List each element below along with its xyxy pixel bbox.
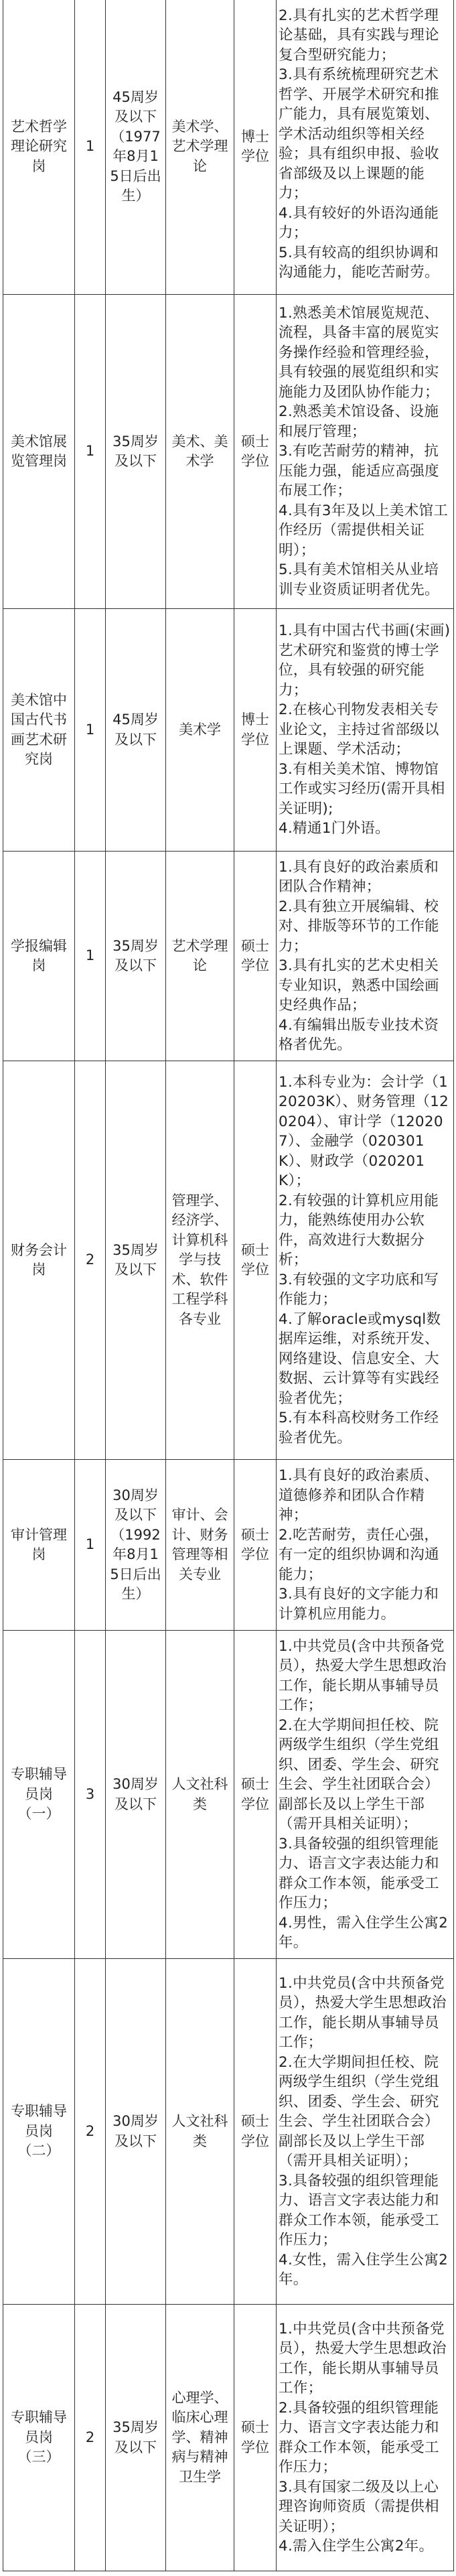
requirement-item: 4.有编辑出版专业技术资格者优先。 xyxy=(279,1016,451,1055)
requirements-cell: 1.中共党员(含中共预备党员），热爱大学生思想政治工作，能长期从事辅导员工作；2… xyxy=(277,1959,454,2305)
position-cell: 审计管理岗 xyxy=(3,1460,75,1631)
requirement-item: 2.有较强的计算机应用能力，能熟练使用办公软件，高效进行大数据分析； xyxy=(279,1191,451,1270)
requirements-cell: 1.具有良好的政治素质和团队合作精神；2.具有独立开展编辑、校对、排版等环节的工… xyxy=(277,852,454,1061)
requirement-item: 4.男性，需入住学生公寓2年。 xyxy=(279,1913,451,1953)
headcount-cell: 1 xyxy=(75,295,106,609)
requirements-cell: 1.中共党员(含中共预备党员），热爱大学生思想政治工作，能长期从事辅导员工作；2… xyxy=(277,1631,454,1959)
headcount-cell: 1 xyxy=(75,0,106,295)
requirement-item: 1.具有良好的政治素质和团队合作精神； xyxy=(279,858,451,897)
requirement-item: 1.本科专业为：会计学（120203K）、财务管理（120204）、审计学（12… xyxy=(279,1073,451,1191)
age-requirement-cell: 30周岁及以下 xyxy=(106,1959,166,2305)
age-requirement-cell: 35周岁及以下 xyxy=(106,852,166,1061)
age-requirement-cell: 35周岁及以下 xyxy=(106,295,166,609)
position-cell: 学报编辑岗 xyxy=(3,852,75,1061)
requirement-item: 3.具有系统梳理研究艺术哲学、开展学术研究和推广能力，具有展览策划、学术活动组织… xyxy=(279,65,451,204)
requirements-cell: 1.熟悉美术馆展览规范、流程，具备丰富的展览实务操作经验和管理经验，具有较强的展… xyxy=(277,295,454,609)
requirement-item: 1.中共党员(含中共预备党员），热爱大学生思想政治工作，能长期从事辅导员工作； xyxy=(279,1637,451,1716)
position-cell: 专职辅导员岗（一） xyxy=(3,1631,75,1959)
requirement-item: 4.具有3年及以上美术馆工作经历（需提供相关证明）； xyxy=(279,501,451,561)
table-body: 艺术哲学理论研究岗145周岁及以下（1977年8月15日后出生）美术学、艺术学理… xyxy=(3,0,454,2571)
major-cell: 艺术学理论 xyxy=(166,852,234,1061)
requirement-item: 4.需入住学生公寓2年。 xyxy=(279,2536,451,2557)
requirements-cell: 1.具有良好的政治素质、道德修养和团队合作精神；2.吃苦耐劳，责任心强，有一定的… xyxy=(277,1460,454,1631)
table-row: 学报编辑岗135周岁及以下艺术学理论硕士学位1.具有良好的政治素质和团队合作精神… xyxy=(3,852,454,1061)
requirements-cell: 1.具有中国古代书画(宋画)艺术研究和鉴赏的博士学位，具有较强的研究能力；2.在… xyxy=(277,609,454,852)
major-cell: 管理学、经济学、计算机科学与技术、软件工程学科各专业 xyxy=(166,1061,234,1460)
degree-cell: 硕士学位 xyxy=(234,2305,277,2571)
table-row: 专职辅导员岗（二）230周岁及以下人文社科类硕士学位1.中共党员(含中共预备党员… xyxy=(3,1959,454,2305)
degree-cell: 博士学位 xyxy=(234,609,277,852)
requirement-item: 5.具有较高的组织协调和沟通能力，能吃苦耐劳。 xyxy=(279,243,451,283)
degree-cell: 硕士学位 xyxy=(234,295,277,609)
requirement-item: 2.在大学期间担任校、院两级学生组织（学生党组织、团委、学生会、研究生会、学生社… xyxy=(279,1716,451,1834)
headcount-cell: 1 xyxy=(75,852,106,1061)
table-row: 专职辅导员岗（一）330周岁及以下人文社科类硕士学位1.中共党员(含中共预备党员… xyxy=(3,1631,454,1959)
requirement-item: 2.熟悉美术馆设备、设施和展厅管理； xyxy=(279,402,451,442)
requirement-item: 3.有较强的文字功底和写作能力； xyxy=(279,1270,451,1310)
requirement-item: 2.在大学期间担任校、院两级学生组织（学生党组织、团委、学生会、研究生会、学生社… xyxy=(279,2053,451,2171)
major-cell: 心理学、临床心理学、精神病与精神卫生学 xyxy=(166,2305,234,2571)
requirement-item: 1.具有中国古代书画(宋画)艺术研究和鉴赏的博士学位，具有较强的研究能力； xyxy=(279,621,451,700)
headcount-cell: 2 xyxy=(75,1061,106,1460)
headcount-cell: 3 xyxy=(75,1631,106,1959)
requirement-item: 3.具备较强的组织管理能力、语言文字表达能力和群众工作本领，能承受工作压力； xyxy=(279,1834,451,1913)
table-row: 财务会计岗235周岁及以下管理学、经济学、计算机科学与技术、软件工程学科各专业硕… xyxy=(3,1061,454,1460)
requirement-item: 2.在核心刊物发表相关专业论文，主持过省部级以上课题、学术活动； xyxy=(279,700,451,760)
age-requirement-cell: 35周岁及以下 xyxy=(106,2305,166,2571)
age-requirement-cell: 45周岁及以下（1977年8月15日后出生） xyxy=(106,0,166,295)
major-cell: 美术学、艺术学理论 xyxy=(166,0,234,295)
job-positions-table: 艺术哲学理论研究岗145周岁及以下（1977年8月15日后出生）美术学、艺术学理… xyxy=(3,0,454,2571)
position-cell: 艺术哲学理论研究岗 xyxy=(3,0,75,295)
requirement-item: 4.女性，需入住学生公寓2年。 xyxy=(279,2250,451,2290)
requirement-item: 2.吃苦耐劳，责任心强，有一定的组织协调和沟通能力； xyxy=(279,1526,451,1585)
table-row: 美术馆中国古代书画艺术研究岗145周岁及以下美术学博士学位1.具有中国古代书画(… xyxy=(3,609,454,852)
degree-cell: 硕士学位 xyxy=(234,1959,277,2305)
degree-cell: 硕士学位 xyxy=(234,1061,277,1460)
degree-cell: 硕士学位 xyxy=(234,1460,277,1631)
requirement-item: 3.有相关美术馆、博物馆工作或实习经历(需开具相关证明); xyxy=(279,760,451,819)
requirement-item: 4.精通1门外语。 xyxy=(279,819,451,839)
age-requirement-cell: 35周岁及以下 xyxy=(106,1061,166,1460)
headcount-cell: 1 xyxy=(75,1460,106,1631)
headcount-cell: 1 xyxy=(75,609,106,852)
position-cell: 美术馆中国古代书画艺术研究岗 xyxy=(3,609,75,852)
requirement-item: 4.了解oracle或mysql数据库运维，对系统开发、网络建设、信息安全、大数… xyxy=(279,1310,451,1409)
requirement-item: 1.具有良好的政治素质、道德修养和团队合作精神； xyxy=(279,1466,451,1526)
requirement-item: 5.有本科高校财务工作经验者优先。 xyxy=(279,1408,451,1448)
requirement-item: 3.具有国家二级及以上心理咨询师资质（需提供相关证明）； xyxy=(279,2478,451,2537)
major-cell: 人文社科类 xyxy=(166,1631,234,1959)
major-cell: 美术、美术学 xyxy=(166,295,234,609)
major-cell: 审计、会计、财务管理等相关专业 xyxy=(166,1460,234,1631)
requirement-item: 1.熟悉美术馆展览规范、流程，具备丰富的展览实务操作经验和管理经验，具有较强的展… xyxy=(279,303,451,403)
requirement-item: 3.具备较强的组织管理能力、语言文字表达能力和群众工作本领，能承受工作压力； xyxy=(279,2171,451,2250)
requirement-item: 5.具有美术馆相关从业培训专业资质证明者优先。 xyxy=(279,560,451,600)
requirement-item: 2.具有独立开展编辑、校对、排版等环节的工作能力； xyxy=(279,897,451,957)
requirement-item: 1.中共党员(含中共预备党员），热爱大学生思想政治工作，能长期从事辅导员工作； xyxy=(279,2319,451,2398)
requirement-item: 3.有吃苦耐劳的精神，抗压能力强，能适应高强度布展工作； xyxy=(279,442,451,501)
table-row: 艺术哲学理论研究岗145周岁及以下（1977年8月15日后出生）美术学、艺术学理… xyxy=(3,0,454,295)
table-row: 专职辅导员岗（三）235周岁及以下心理学、临床心理学、精神病与精神卫生学硕士学位… xyxy=(3,2305,454,2571)
age-requirement-cell: 30周岁及以下（1992年8月15日后出生） xyxy=(106,1460,166,1631)
headcount-cell: 2 xyxy=(75,1959,106,2305)
requirement-item: 3.具有良好的文字能力和计算机应用能力。 xyxy=(279,1584,451,1624)
position-cell: 专职辅导员岗（二） xyxy=(3,1959,75,2305)
requirement-item: 4.具有较好的外语沟通能力； xyxy=(279,204,451,243)
table-row: 审计管理岗130周岁及以下（1992年8月15日后出生）审计、会计、财务管理等相… xyxy=(3,1460,454,1631)
degree-cell: 硕士学位 xyxy=(234,1631,277,1959)
age-requirement-cell: 30周岁及以下 xyxy=(106,1631,166,1959)
requirement-item: 2.具备较强的组织管理能力、语言文字表达能力和群众工作本领，能承受工作压力； xyxy=(279,2398,451,2478)
age-requirement-cell: 45周岁及以下 xyxy=(106,609,166,852)
requirement-item: 1.中共党员(含中共预备党员），热爱大学生思想政治工作，能长期从事辅导员工作； xyxy=(279,1974,451,2053)
position-cell: 财务会计岗 xyxy=(3,1061,75,1460)
major-cell: 人文社科类 xyxy=(166,1959,234,2305)
degree-cell: 硕士学位 xyxy=(234,852,277,1061)
requirements-cell: 2.具有扎实的艺术哲学理论基础，具有实践与理论复合型研究能力；3.具有系统梳理研… xyxy=(277,0,454,295)
table-row: 美术馆展览管理岗135周岁及以下美术、美术学硕士学位1.熟悉美术馆展览规范、流程… xyxy=(3,295,454,609)
position-cell: 美术馆展览管理岗 xyxy=(3,295,75,609)
requirement-item: 2.具有扎实的艺术哲学理论基础，具有实践与理论复合型研究能力； xyxy=(279,6,451,66)
headcount-cell: 2 xyxy=(75,2305,106,2571)
degree-cell: 博士学位 xyxy=(234,0,277,295)
position-cell: 专职辅导员岗（三） xyxy=(3,2305,75,2571)
major-cell: 美术学 xyxy=(166,609,234,852)
requirement-item: 3.具有扎实的艺术史相关专业知识，熟悉中国绘画史经典作品； xyxy=(279,956,451,1016)
requirements-cell: 1.本科专业为：会计学（120203K）、财务管理（120204）、审计学（12… xyxy=(277,1061,454,1460)
requirements-cell: 1.中共党员(含中共预备党员），热爱大学生思想政治工作，能长期从事辅导员工作；2… xyxy=(277,2305,454,2571)
